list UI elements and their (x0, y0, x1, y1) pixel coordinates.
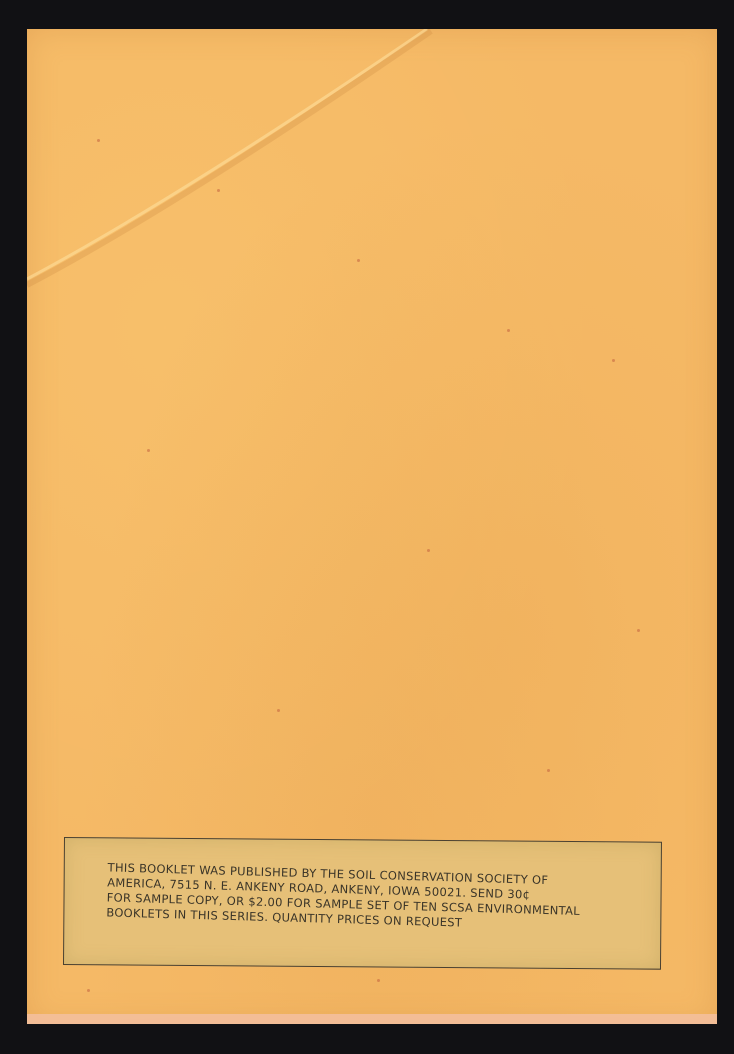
paper-speck (637, 629, 640, 632)
paper-speck (427, 549, 430, 552)
paper-speck (217, 189, 220, 192)
page-bottom-edge (27, 1014, 717, 1024)
paper-speck (87, 989, 90, 992)
paper-speck (377, 979, 380, 982)
paper-speck (547, 769, 550, 772)
publisher-notice-box: This booklet was published by the Soil C… (63, 837, 662, 970)
paper-speck (507, 329, 510, 332)
booklet-back-cover: This booklet was published by the Soil C… (27, 29, 717, 1024)
scanned-image: This booklet was published by the Soil C… (0, 0, 734, 1054)
paper-speck (147, 449, 150, 452)
paper-speck (97, 139, 100, 142)
publisher-notice-text: This booklet was published by the Soil C… (106, 860, 638, 935)
paper-crease (27, 29, 717, 349)
paper-speck (357, 259, 360, 262)
paper-speck (612, 359, 615, 362)
paper-speck (277, 709, 280, 712)
